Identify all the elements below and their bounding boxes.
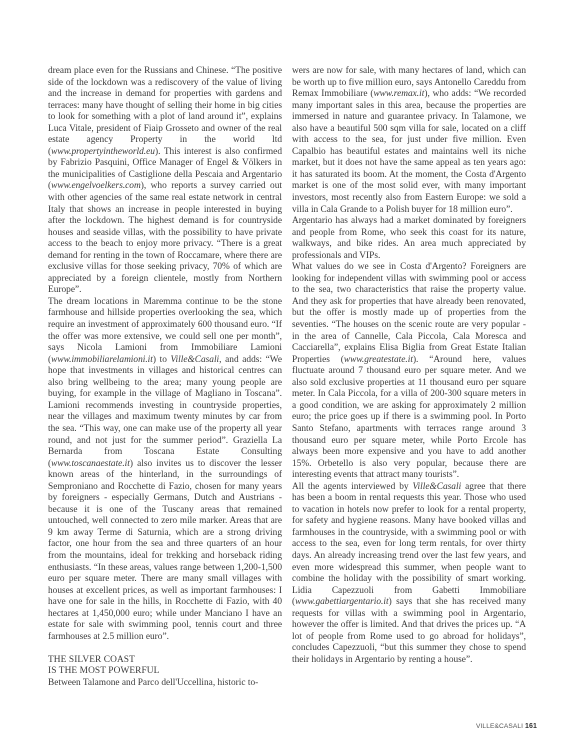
left-column: dream place even for the Russians and Ch… xyxy=(48,66,282,689)
paragraph: dream place even for the Russians and Ch… xyxy=(48,66,282,297)
text: agree that there has been a boom in rent… xyxy=(292,482,526,607)
text: ), who adds: “We recorded many important… xyxy=(292,89,526,214)
heading-line: IS THE MOST POWERFUL xyxy=(48,666,159,676)
website-link: www.remax.it xyxy=(373,89,424,99)
text: , and adds: “We hope that investments in… xyxy=(48,355,282,469)
magazine-name: Ville&Casali xyxy=(413,482,462,492)
magazine-title: VILLE&CASALI xyxy=(476,723,523,730)
right-column: wers are now for sale, with many hectare… xyxy=(292,66,526,666)
text: What values do we see in Costa d'Argento… xyxy=(292,262,526,364)
website-link: www.toscanaestate.it xyxy=(51,459,130,469)
paragraph: wers are now for sale, with many hectare… xyxy=(292,66,526,216)
website-link: www.propertyintheworld.eu xyxy=(51,147,155,157)
paragraph: All the agents interviewed by Ville&Casa… xyxy=(292,482,526,667)
text: dream place even for the Russians and Ch… xyxy=(48,66,282,157)
magazine-name: Ville&Casali xyxy=(171,355,220,365)
text: ), who reports a survey carried out with… xyxy=(48,181,282,295)
website-link: www.greatestate.it xyxy=(344,355,413,365)
paragraph: Between Talamone and Parco dell'Uccellin… xyxy=(48,678,282,690)
text: ) also invites us to discover the lesser… xyxy=(48,459,282,642)
page-number: 161 xyxy=(525,723,537,730)
paragraph: Argentario has always had a market domin… xyxy=(292,216,526,262)
page-footer: VILLE&CASALI 161 xyxy=(476,723,537,730)
website-link: www.engelvoelkers.com xyxy=(51,181,141,191)
website-link: www.gabettiargentario.it xyxy=(295,597,388,607)
magazine-page: dream place even for the Russians and Ch… xyxy=(0,0,580,749)
text: ). “Around here, values fluctuate around… xyxy=(292,355,526,480)
paragraph: What values do we see in Costa d'Argento… xyxy=(292,262,526,481)
website-link: www.immobiliarelamioni.it xyxy=(51,355,153,365)
paragraph: The dream locations in Maremma continue … xyxy=(48,297,282,643)
text: All the agents interviewed by xyxy=(292,482,413,492)
text: ) to xyxy=(153,355,171,365)
heading-line: THE SILVER COAST xyxy=(48,655,135,665)
section-heading: THE SILVER COASTIS THE MOST POWERFUL xyxy=(48,655,282,678)
text: ) says that she has received many reques… xyxy=(292,597,526,665)
